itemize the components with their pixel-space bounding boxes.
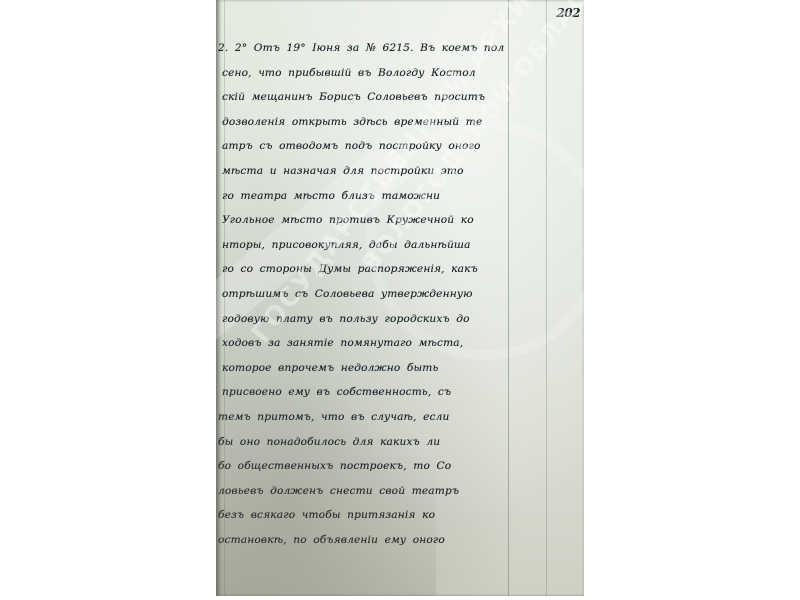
text-line: атръ съ отводомъ подъ постройку оного [218, 134, 510, 159]
manuscript-page: 202 2. 2° Отъ 19° Iюня за № 6215. Въ кое… [216, 0, 584, 596]
text-line: дозволенiя открыть здѣсь временный те [218, 110, 510, 135]
text-line: которое впрочемъ недолжно быть [218, 356, 510, 381]
text-line: годовую плату въ пользу городскихъ до [218, 307, 510, 332]
text-line: мѣста и назначая для постройки это [218, 159, 510, 184]
text-line: темъ притомъ, что въ случаѣ, если [218, 405, 510, 430]
text-line: скiй мещанинъ Борисъ Соловьевъ проситъ [218, 85, 510, 110]
text-line: го театра мѣсто близъ таможни [218, 184, 510, 209]
text-line: ходовъ за занятiе помянутаго мѣста, [218, 331, 510, 356]
text-line: сено, что прибывшiй въ Вологду Костол [218, 61, 510, 86]
page-number: 202 [556, 6, 580, 20]
text-line: нторы, присовокупляя, дабы дальнѣйша [218, 233, 510, 258]
text-line: ловьевъ долженъ снести свой театръ [218, 479, 510, 504]
document-viewer: 202 2. 2° Отъ 19° Iюня за № 6215. Въ кое… [0, 0, 800, 600]
text-line: Угольное мѣсто противъ Кружечной ко [218, 208, 510, 233]
text-line: остановкѣ, по объявленiи ему оного [218, 528, 510, 553]
text-line: бы оно понадобилось для какихъ ли [218, 430, 510, 455]
text-line: 2. 2° Отъ 19° Iюня за № 6215. Въ коемъ п… [218, 36, 510, 61]
outer-margin-rule [546, 0, 547, 596]
text-line: присвоено ему въ собственность, съ [218, 380, 510, 405]
text-line: безъ всякаго чтобы притязанiя ко [218, 503, 510, 528]
handwritten-text: 2. 2° Отъ 19° Iюня за № 6215. Въ коемъ п… [218, 36, 510, 552]
text-line: го со стороны Думы распоряженiя, какъ [218, 257, 510, 282]
text-line: бо общественныхъ построекъ, то Со [218, 454, 510, 479]
text-line: отрѣшимъ съ Соловьева утвержденную [218, 282, 510, 307]
